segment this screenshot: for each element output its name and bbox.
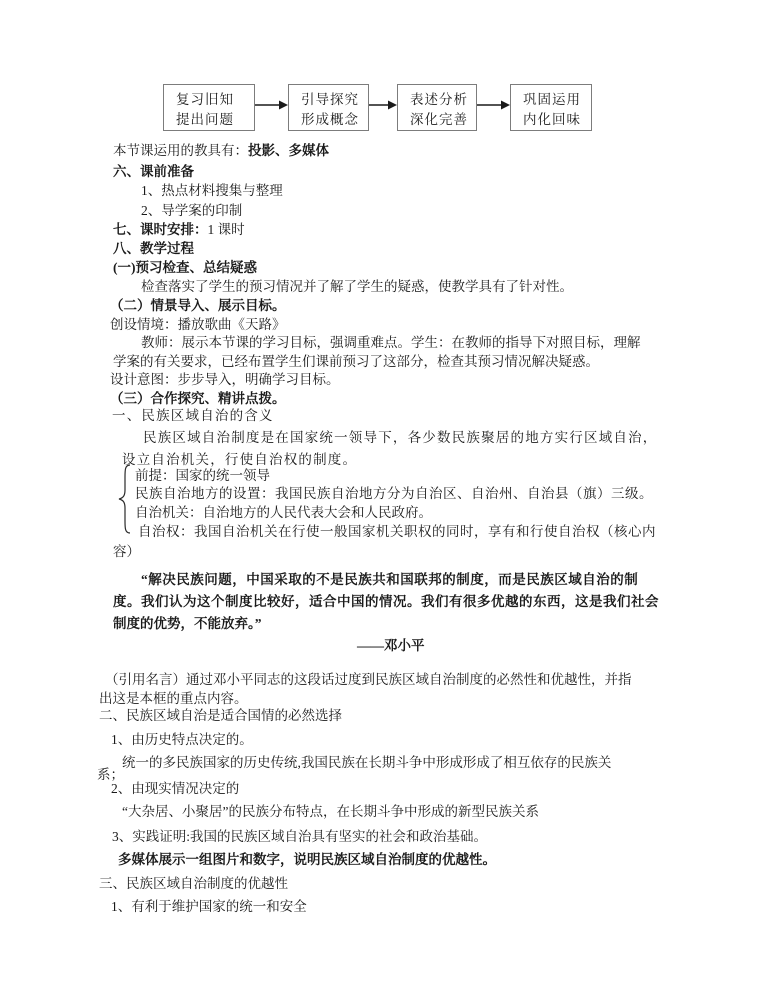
topic-2-item-2-text: “大杂居、小聚居”的民族分布特点，在长期斗争中形成的新型民族关系 — [122, 803, 539, 820]
flow-step-3: 表述分析 深化完善 — [397, 84, 477, 131]
arrow-right-icon — [255, 99, 288, 111]
topic-2-item-1-text: 统一的多民族国家的历史传统,我国民族在长期斗争中形成形成了相互依存的民族关 — [122, 754, 611, 771]
section-6-item-1: 1、热点材料搜集与整理 — [141, 182, 283, 199]
heading-part-1: (一)预习检查、总结疑惑 — [113, 259, 257, 276]
brace-item-premise: 前提：国家的统一领导 — [135, 467, 270, 484]
flow-step-4-line2: 内化回味 — [523, 110, 591, 130]
topic-2-item-3: 3、实践证明:我国的民族区域自治具有坚实的社会和政治基础。 — [112, 828, 487, 845]
heading-part-2: （二）情景导入、展示目标。 — [110, 297, 286, 314]
flow-step-4-line1: 巩固运用 — [523, 90, 591, 110]
heading-topic-1: 一、民族区域自治的含义 — [112, 407, 274, 424]
quote-line-2: 度。我们认为这个制度比较好，适合中国的情况。我们有很多优越的东西，这是我们社会 — [113, 593, 659, 610]
section-6-item-2: 2、导学案的印制 — [141, 202, 242, 219]
topic-2-item-1: 1、由历史特点决定的。 — [111, 731, 253, 748]
left-brace-icon — [117, 464, 131, 534]
line-section-7: 七、课时安排：1 课时 — [113, 221, 245, 238]
topic-2-media-note: 多媒体展示一组图片和数字，说明民族区域自治制度的优越性。 — [118, 851, 496, 868]
heading-section-8: 八、教学过程 — [113, 240, 194, 257]
flow-step-2: 引导探究 形成概念 — [288, 84, 369, 131]
part-2-line-4: 设计意图：步步导入，明确学习目标。 — [110, 371, 340, 388]
flow-step-3-line1: 表述分析 — [410, 90, 476, 110]
flow-step-3-line2: 深化完善 — [410, 110, 476, 130]
teaching-aids-label: 本节课运用的教具有： — [113, 143, 248, 158]
brace-item-autonomy-cont: 容） — [113, 543, 140, 560]
part-2-line-2: 教师：展示本节课的学习目标，强调重难点。学生：在教师的指导下对照目标，理解 — [141, 334, 641, 351]
brace-item-autonomy: 自治权：我国自治机关在行使一般国家机关职权的同时，享有和行使自治权（核心内 — [138, 523, 656, 540]
flow-step-4: 巩固运用 内化回味 — [510, 84, 592, 131]
heading-topic-3: 三、民族区域自治制度的优越性 — [99, 875, 288, 892]
document-page: 复习旧知 提出问题 引导探究 形成概念 表述分析 深化完善 巩固运用 内化回味 … — [0, 0, 770, 1000]
teaching-aids-value: 投影、多媒体 — [248, 143, 329, 158]
quote-attribution: ——邓小平 — [357, 637, 425, 654]
quote-line-3: 制度的优势，不能放弃。” — [113, 615, 262, 632]
brace-item-areas: 民族自治地方的设置：我国民族自治地方分为自治区、自治州、自治县（旗）三级。 — [135, 485, 653, 502]
section-7-heading: 七、课时安排： — [113, 222, 208, 237]
topic-3-item-1: 1、有利于维护国家的统一和安全 — [111, 898, 307, 915]
heading-topic-2: 二、民族区域自治是适合国情的必然选择 — [99, 707, 342, 724]
flow-step-1-line1: 复习旧知 — [176, 90, 254, 110]
arrow-right-icon — [369, 99, 397, 111]
note-line-2: 出这是本框的重点内容。 — [99, 690, 248, 707]
quote-line-1: “解决民族问题，中国采取的不是民族共和国联邦的制度，而是民族区域自治的制 — [141, 571, 638, 588]
topic-1-line-1: 民族区域自治制度是在国家统一领导下，各少数民族聚居的地方实行区域自治， — [143, 429, 658, 446]
part-2-line-3: 学案的有关要求，已经布置学生们课前预习了这部分，检查其预习情况解决疑惑。 — [113, 353, 599, 370]
section-7-value: 1 课时 — [208, 222, 245, 237]
arrow-right-icon — [477, 99, 510, 111]
flow-step-2-line2: 形成概念 — [301, 110, 368, 130]
flow-step-2-line1: 引导探究 — [301, 90, 368, 110]
part-1-text: 检查落实了学生的预习情况并了解了学生的疑惑，使教学具有了针对性。 — [141, 278, 573, 295]
topic-2-item-2: 2、由现实情况决定的 — [111, 780, 239, 797]
line-teaching-aids: 本节课运用的教具有：投影、多媒体 — [113, 142, 329, 159]
heading-part-3: （三）合作探究、精讲点拨。 — [110, 390, 286, 407]
note-line-1: （引用名言）通过邓小平同志的这段话过度到民族区域自治制度的必然性和优越性，并指 — [105, 671, 632, 688]
flow-step-1: 复习旧知 提出问题 — [163, 84, 255, 131]
brace-item-organs: 自治机关：自治地方的人民代表大会和人民政府。 — [135, 504, 432, 521]
topic-1-line-2: 设立自治机关，行使自治权的制度。 — [122, 451, 357, 468]
flow-step-1-line2: 提出问题 — [176, 110, 254, 130]
heading-section-6: 六、课前准备 — [113, 163, 194, 180]
part-2-line-1: 创设情境：播放歌曲《天路》 — [110, 316, 286, 333]
